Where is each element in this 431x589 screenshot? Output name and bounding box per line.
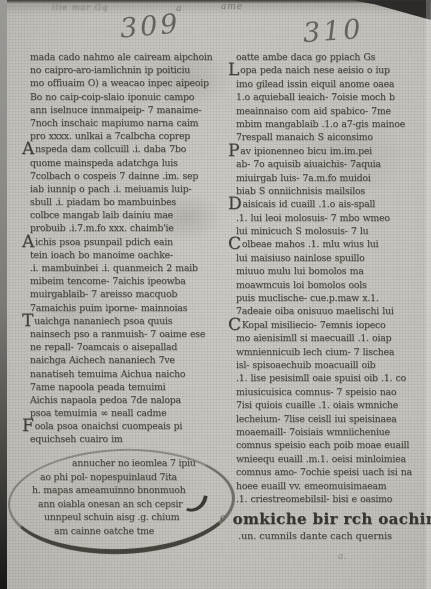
manuscript-line: Foola psoa onaichsi cuompeais pi — [30, 421, 232, 434]
manuscript-line: miuirgab luis- 7a.m.fo muidoi — [236, 173, 430, 186]
manuscript-line: probuib .i.7.m.fo xxx. chaimb'ie — [30, 223, 232, 236]
page-number-right: 310 — [302, 14, 365, 49]
manuscript-line: annucher no ieomlea 7 ipiu — [72, 458, 224, 472]
manuscript-line: .1. criestreomebilsil- bisi e oasimo — [236, 494, 430, 507]
manuscript-line: unnpeul schuin aisg .g. chium — [44, 512, 224, 526]
decorated-initial: C — [228, 321, 241, 330]
display-script-text: omkiche bir rch oachin — [233, 510, 431, 528]
faded-header-inscription: llie mar Gq — [52, 3, 108, 12]
manuscript-line: 7noch inschaic mapiumo narna caim — [30, 118, 232, 131]
manuscript-line: comnus speisio each poib moae euaill — [236, 440, 430, 453]
decorated-initial: L — [228, 66, 239, 75]
manuscript-line: Tuaichga nananiech psoa quuis — [30, 316, 232, 329]
page-number-left: 309 — [119, 8, 182, 44]
manuscript-line: Anspeda dam collcuill .i. daba 7bo — [30, 144, 232, 157]
left-text-column: mada cado nahmo ale caiream aipchoinno c… — [30, 52, 232, 448]
manuscript-line: colbce mangab laib dainiu mae — [30, 210, 232, 223]
manuscript-line: muirgablaib- 7 areisso macquob — [30, 289, 232, 302]
decorated-initial: P — [228, 147, 239, 156]
manuscript-line: CKopal misiliecio- 7emnis iopeco — [236, 320, 430, 333]
manuscript-line: equichseh cuairo im — [30, 434, 232, 447]
manuscript-line: ann iselnuce innmaipeip- 7 manaime- — [30, 105, 232, 118]
right-text-column: oatte ambe daca go ppiach GsLopa peda na… — [236, 52, 430, 507]
manuscript-line: iab iunnip o pach .i. meiuamis luip- — [30, 184, 232, 197]
manuscript-line: Aichis psoa psunpail pdich eain — [30, 237, 232, 250]
manuscript-line: mbim mangablaib .1.o a7-gis mainoe — [236, 119, 430, 132]
manuscript-line: ao phi pol- nopespuinlaud 7ita — [40, 472, 224, 486]
manuscript-line: mada cado nahmo ale caiream aipchoin — [30, 52, 232, 65]
manuscript-line: Colbeae mahos .1. mlu wius lui — [236, 239, 430, 252]
manuscript-line: wmniennicuib lech cium- 7 lischea — [236, 347, 430, 360]
decorated-initial: A — [22, 238, 34, 247]
decorated-initial: F — [22, 422, 34, 431]
manuscript-line: pro xxxx. unlkai a 7calbcha coprep — [30, 131, 232, 144]
manuscript-line: no caipro-aro-iamlichnin ip poiticiu — [30, 65, 232, 78]
manuscript-line: puis muclische- cue.p.maw x.1. — [236, 293, 430, 306]
display-script-subline: .un. cumnils dante cach quernis — [238, 531, 392, 542]
flourish-mark: a. — [338, 552, 346, 562]
manuscript-line: ne repall- 7oamcais o aisepallad — [30, 342, 232, 355]
manuscript-page-scan: llie mar Gq a ame 309 310 mada cado nahm… — [0, 0, 431, 589]
manuscript-line: 7ame napoola peada temuimi — [30, 382, 232, 395]
manuscript-line: miusicuisica comnus- 7 speisio nao — [236, 387, 430, 400]
manuscript-line: imo gilead issin eiquil anome oaea — [236, 79, 430, 92]
decorated-initial: A — [22, 145, 34, 154]
manuscript-line: .1. lise pesisimll oaie spuisi oib .1. c… — [236, 373, 430, 386]
manuscript-line: 7adeaie oiba onisuuo maelischi lui — [236, 306, 430, 319]
manuscript-line: ann oiabla onesan an sch cepsir — [38, 499, 224, 513]
manuscript-line: lui maisiuso nainlose spuillo — [236, 253, 430, 266]
manuscript-line: ab- 7o aquisib aiuaichis- 7aquia — [236, 159, 430, 172]
binding-edge-strip — [0, 0, 7, 589]
manuscript-line: 7isi quiois cuaille .1. oiais wmniche — [236, 400, 430, 413]
manuscript-line: Daisicais id cuaill .1.o ais-spall — [236, 199, 430, 212]
manuscript-line: nanatiseh temuima Aichua naicho — [30, 369, 232, 382]
manuscript-line: 7respall manaich S aiconsimo — [236, 132, 430, 145]
manuscript-line: mo aienisimll si maecuaill .1. oiap — [236, 333, 430, 346]
manuscript-line: naichga Aichech nananiech 7ve — [30, 355, 232, 368]
manuscript-line: psoa temuimia ∞ neall cadme — [30, 408, 232, 421]
manuscript-line: nainsech pso a ranmuish- 7 oaime ese — [30, 329, 232, 342]
decorated-initial: C — [228, 240, 241, 249]
manuscript-line: lecheium- 7lise ceisll iui speisinaea — [236, 414, 430, 427]
manuscript-line: comnus amo- 7ochie speisi uach isi na — [236, 467, 430, 480]
decorated-initial: D — [228, 200, 241, 209]
manuscript-line: moaemaill- 7oisiais wmniicheniue — [236, 427, 430, 440]
manuscript-line: .1. lui leoi molosuis- 7 mbo wmeo — [236, 213, 430, 226]
manuscript-line: moawmcuis loi bomolos ools — [236, 280, 430, 293]
manuscript-line: oatte ambe daca go ppiach Gs — [236, 52, 430, 65]
manuscript-line: biab S onniichnisis mailsilos — [236, 186, 430, 199]
manuscript-line: 1.o aquieball ieaich- 7oisie moch b — [236, 92, 430, 105]
manuscript-line: Lopa peda naich nese aeisio o iup — [236, 65, 430, 78]
manuscript-line: lui minicuch S molosuis- 7 lu — [236, 226, 430, 239]
manuscript-line: miuuo mulu lui bomolos ma — [236, 266, 430, 279]
manuscript-line: isl- spisoaechuib moacuaill oib — [236, 360, 430, 373]
manuscript-line: quome mainspeda adatchga luis — [30, 158, 232, 171]
marginal-letter-c: c — [220, 513, 226, 524]
manuscript-line: wnieequ euaill .m.1. oeisi minloimiea — [236, 454, 430, 467]
manuscript-line: hoee euaill vv. emeomuisimaeam — [236, 481, 430, 494]
decorated-initial: T — [22, 317, 33, 326]
manuscript-line: Bo no caip-coip-slaio iponuic campo — [30, 92, 232, 105]
manuscript-line: Pav ipionenneo bicu im.im.pei — [236, 146, 430, 159]
manuscript-line: h. mapas ameamuinno bnonmuoh — [32, 485, 224, 499]
manuscript-line: Aichis napaola pedoa 7de nalopa — [30, 395, 232, 408]
manuscript-line: sbull .i. piadam bo mambuinbes — [30, 197, 232, 210]
manuscript-line: mibeim tencome- 7aichis ipeowba — [30, 276, 232, 289]
manuscript-line: meainnaiso com aid spabico- 7me — [236, 106, 430, 119]
display-script-line: comkiche bir rch oachin — [220, 509, 430, 528]
manuscript-line: .i. mambuinbei .i. quanmeich 2 maib — [30, 263, 232, 276]
manuscript-line: tein ioach bo manoime oachke- — [30, 250, 232, 263]
manuscript-line: 7colbach o cospeis 7 dainne .im. sep — [30, 171, 232, 184]
manuscript-line: am cainne oatche tme — [54, 526, 224, 540]
header-mark-ame: ame — [221, 2, 243, 12]
circled-note-text: annucher no ieomlea 7 ipiuao phi pol- no… — [32, 458, 224, 540]
manuscript-line: mo offiuaim O) a weacao inpec aipeoip — [30, 78, 232, 91]
manuscript-line: 7amaichis puim iporne- mainnoias — [30, 303, 232, 316]
